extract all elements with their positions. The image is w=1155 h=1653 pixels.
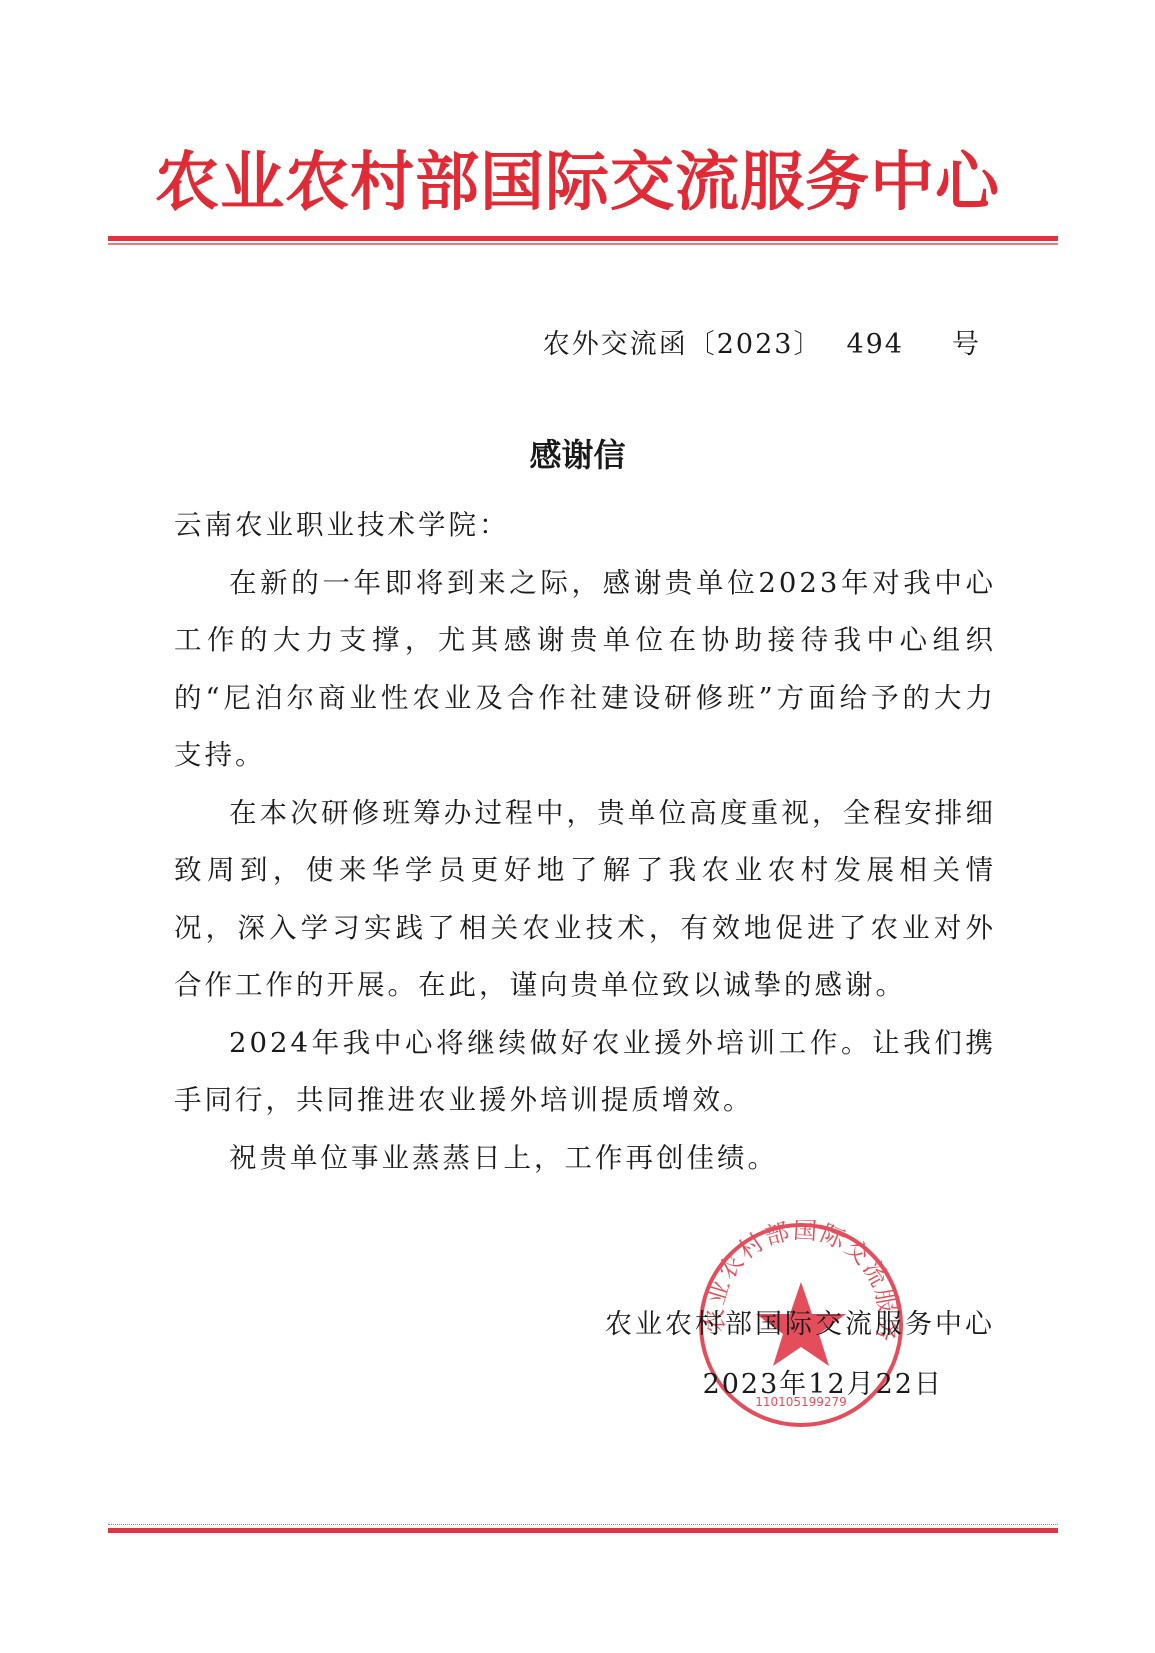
- footer-rule-dotted: [108, 1524, 1058, 1526]
- header-rule-thick: [108, 236, 1058, 241]
- signature-org: 农业农村部国际交流服务中心: [605, 1302, 995, 1341]
- doc-number-prefix: 农外交流函: [543, 329, 688, 360]
- header-rule-thin: [108, 243, 1058, 245]
- org-letterhead: 农业农村部国际交流服务中心: [0, 143, 1155, 223]
- salutation: 云南农业职业技术学院：: [174, 497, 996, 555]
- letter-body: 云南农业职业技术学院： 在新的一年即将到来之际，感谢贵单位2023年对我中心工作…: [174, 497, 996, 1187]
- doc-number-suffix: 号: [952, 329, 981, 360]
- closing-wish: 祝贵单位事业蒸蒸日上，工作再创佳绩。: [174, 1130, 996, 1188]
- letter-title: 感谢信: [0, 430, 1155, 476]
- document-number: 农外交流函〔2023〕494号: [543, 322, 981, 361]
- doc-number-year: 〔2023〕: [688, 329, 823, 360]
- paragraph-2: 在本次研修班筹办过程中，贵单位高度重视，全程安排细致周到，使来华学员更好地了解了…: [174, 785, 996, 1015]
- footer-rule-thick: [108, 1528, 1058, 1533]
- doc-number-value: 494: [846, 329, 904, 360]
- paragraph-1: 在新的一年即将到来之际，感谢贵单位2023年对我中心工作的大力支撑，尤其感谢贵单…: [174, 555, 996, 785]
- paragraph-3: 2024年我中心将继续做好农业援外培训工作。让我们携手同行，共同推进农业援外培训…: [174, 1015, 996, 1130]
- signature-date: 2023年12月22日: [703, 1362, 943, 1401]
